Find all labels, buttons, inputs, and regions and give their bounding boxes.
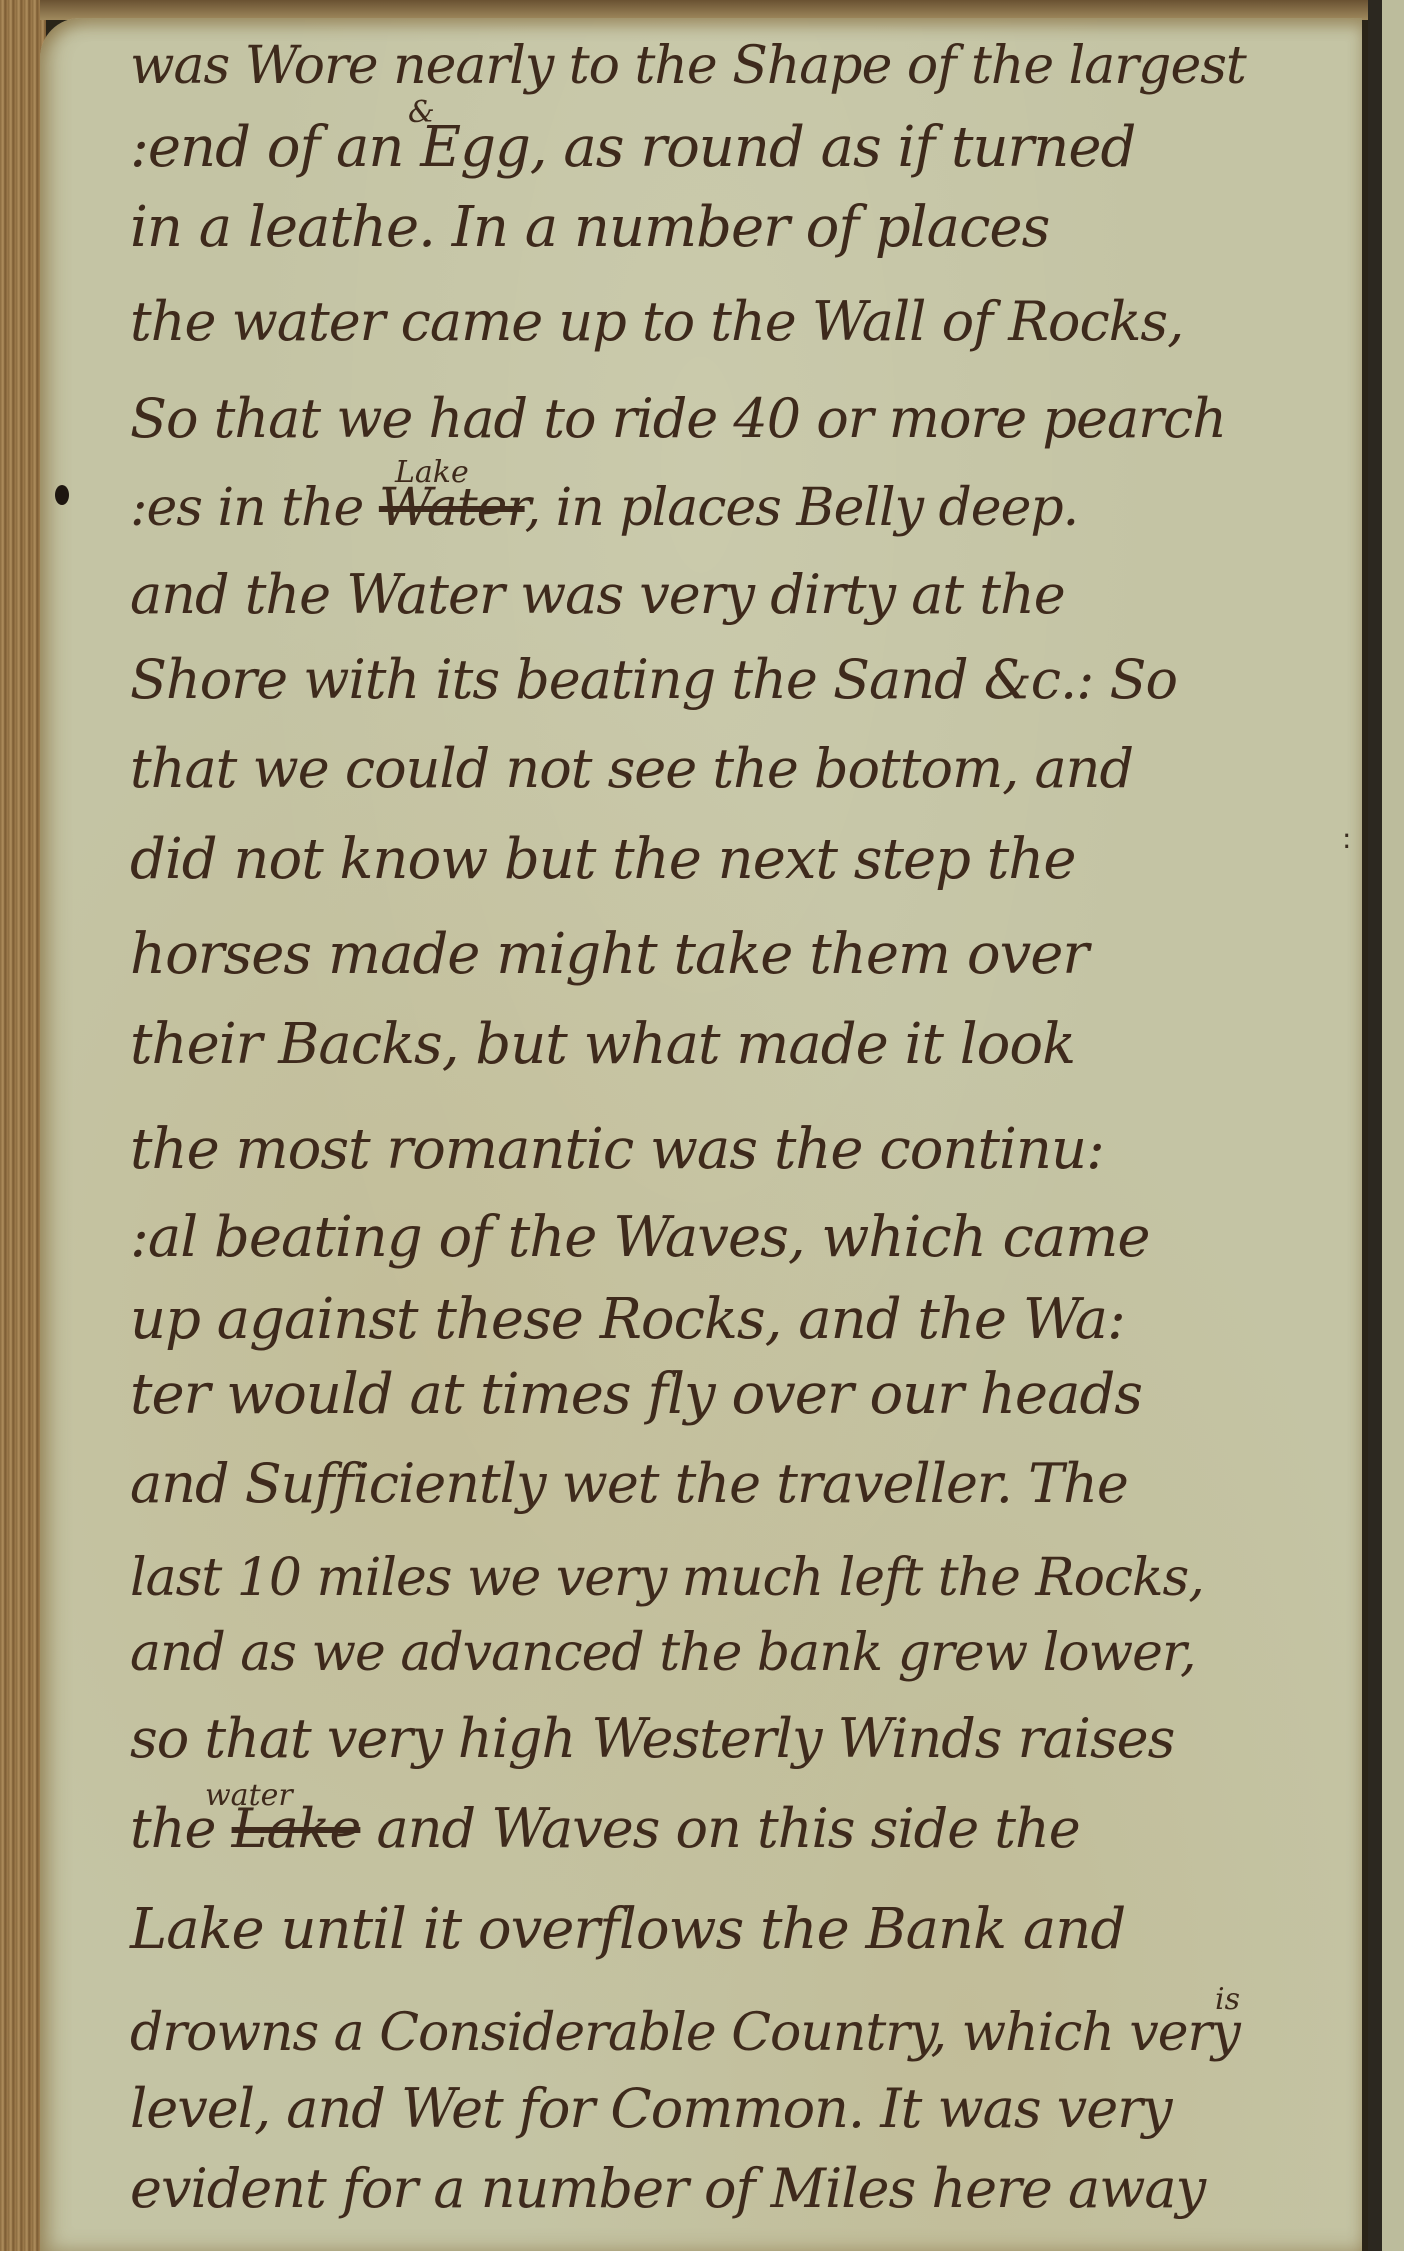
manuscript-line: horses made might take them over [130, 927, 1088, 983]
manuscript-line: ter would at times fly over our heads [130, 1367, 1142, 1423]
manuscript-line: and the Water was very dirty at the [130, 568, 1065, 622]
handwritten-text-block: was Wore nearly to the Shape of the larg… [0, 0, 1404, 2251]
interlinear-insertion: Lake [395, 455, 469, 490]
manuscript-line: and Sufficiently wet the traveller. The [130, 1457, 1128, 1511]
manuscript-line: their Backs, but what made it look [130, 1017, 1075, 1073]
interlinear-insertion: is [1215, 1982, 1240, 2017]
manuscript-line: level, and Wet for Common. It was very [130, 2082, 1172, 2136]
manuscript-line: Shore with its beating the Sand &c.: So [130, 653, 1177, 707]
manuscript-line: the water came up to the Wall of Rocks, [130, 295, 1183, 349]
manuscript-line: :end of an Egg, as round as if turned [130, 120, 1135, 176]
manuscript-line: last 10 miles we very much left the Rock… [130, 1552, 1204, 1604]
manuscript-line: up against these Rocks, and the Wa: [130, 1292, 1125, 1348]
manuscript-line: the most romantic was the continu: [130, 1122, 1104, 1178]
manuscript-line: so that very high Westerly Winds raises [130, 1712, 1174, 1766]
manuscript-line: in a leathe. In a number of places [130, 200, 1049, 256]
manuscript-line: was Wore nearly to the Shape of the larg… [130, 40, 1246, 92]
manuscript-line: did not know but the next step the [130, 832, 1076, 888]
line-text: :es in the [130, 478, 379, 538]
line-text: and Waves on this side the [360, 1797, 1079, 1860]
manuscript-line: So that we had to ride 40 or more pearch [130, 392, 1226, 446]
right-margin-mark: : [1342, 822, 1351, 855]
manuscript-line: :al beating of the Waves, which came [130, 1210, 1150, 1266]
ink-blot-mark [55, 485, 69, 505]
manuscript-line: and as we advanced the bank grew lower, [130, 1627, 1196, 1679]
interlinear-insertion: & [408, 95, 435, 130]
manuscript-line: that we could not see the bottom, and [130, 742, 1133, 796]
manuscript-line: evident for a number of Miles here away [130, 2162, 1205, 2216]
interlinear-insertion: water [205, 1778, 293, 1813]
manuscript-line: drowns a Considerable Country, which ver… [130, 2007, 1240, 2059]
line-text: , in places Belly deep. [525, 478, 1079, 538]
manuscript-line: :es in the Water, in places Belly deep. [130, 482, 1078, 534]
manuscript-line: Lake until it overflows the Bank and [130, 1902, 1125, 1958]
